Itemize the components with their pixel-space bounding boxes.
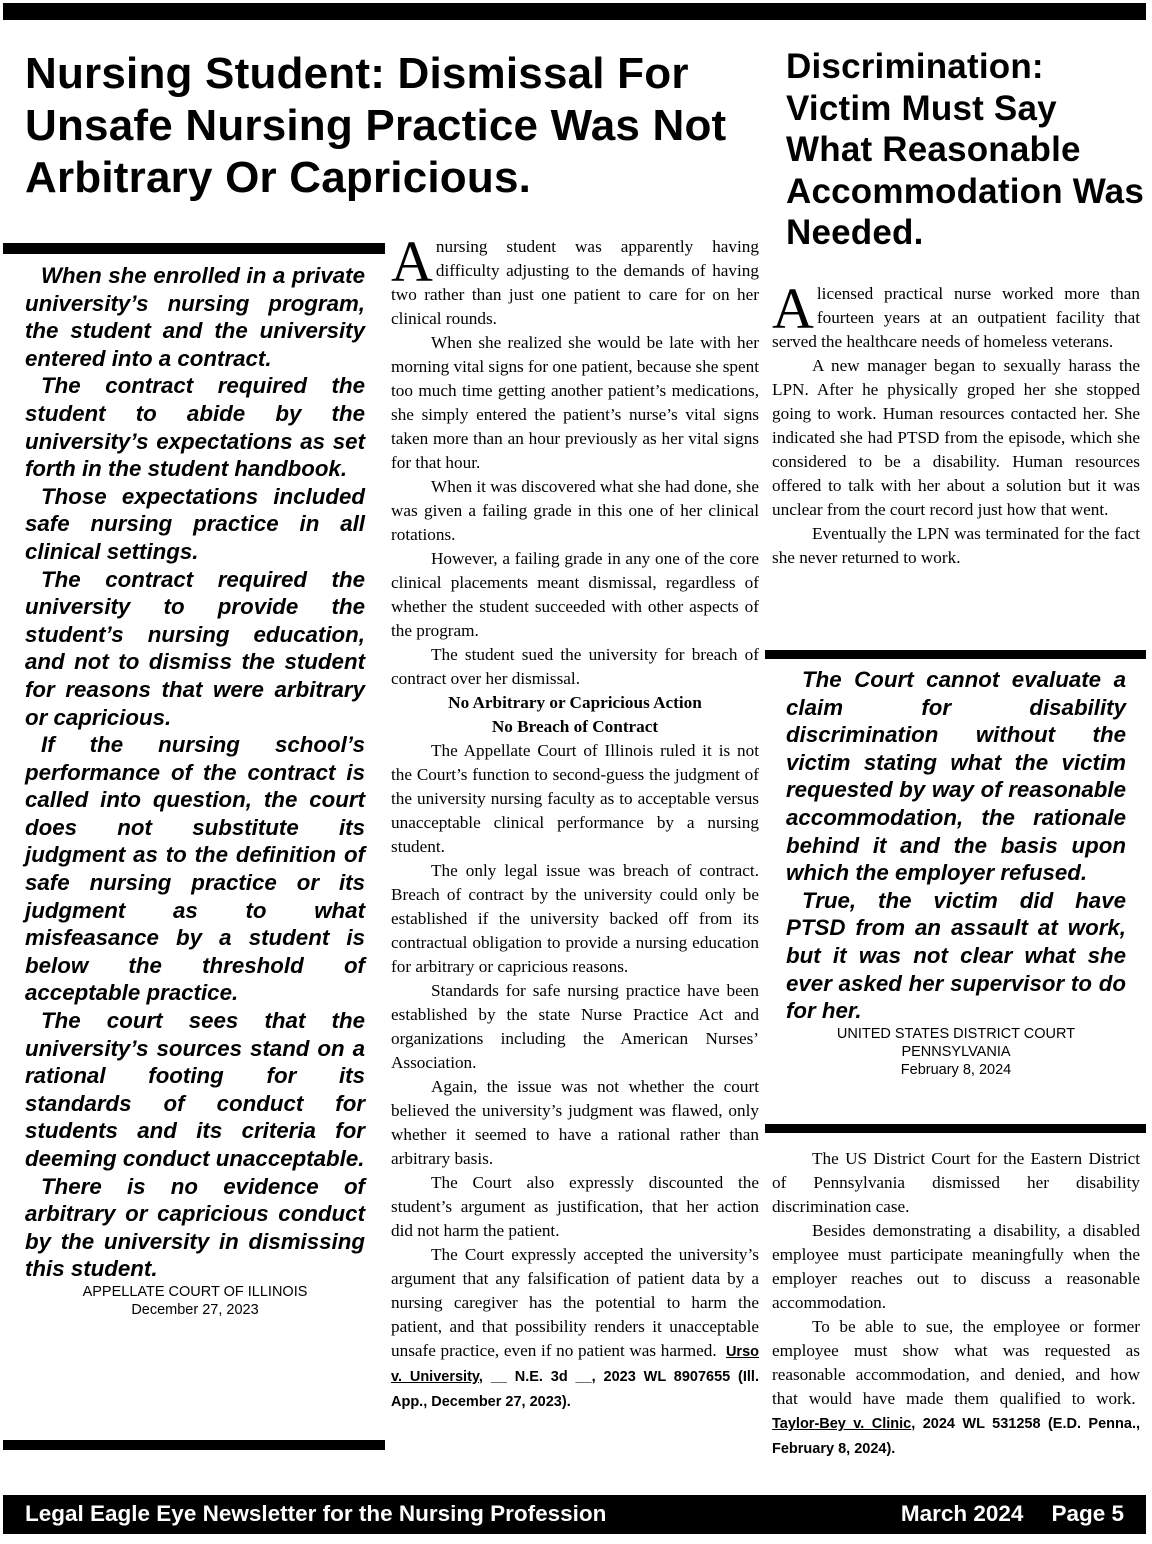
court-date: December 27, 2023 <box>25 1301 365 1319</box>
left-pull-quote: When she enrolled in a private universit… <box>25 262 365 1319</box>
issue-info: March 2024Page 5 <box>901 1501 1124 1527</box>
pull-quote-paragraph: Those expectations included safe nursing… <box>25 483 365 566</box>
article-paragraph: Besides demonstrating a disability, a di… <box>772 1219 1140 1315</box>
right-article-body-bottom: The US District Court for the Eastern Di… <box>772 1147 1140 1461</box>
article-paragraph: Standards for safe nursing practice have… <box>391 979 759 1075</box>
pull-quote-paragraph: When she enrolled in a private universit… <box>25 262 365 372</box>
article-paragraph: A new manager began to sexually harass t… <box>772 354 1140 522</box>
case-citation: Taylor-Bey v. Clinic, 2024 WL 531258 (E.… <box>772 1416 1140 1457</box>
right-article-body-top: Alicensed practical nurse worked more th… <box>772 282 1140 570</box>
article-paragraph: Eventually the LPN was terminated for th… <box>772 522 1140 570</box>
case-name: Taylor-Bey v. Clinic <box>772 1416 911 1432</box>
left-pull-quote-bottom-rule <box>3 1440 385 1450</box>
pull-quote-paragraph: The court sees that the university’s sou… <box>25 1007 365 1173</box>
right-article-headline: Discrimination: Victim Must Say What Rea… <box>786 46 1146 254</box>
left-article-body: Anursing student was apparently having d… <box>391 235 759 1414</box>
article-paragraph: However, a failing grade in any one of t… <box>391 547 759 643</box>
top-rule <box>3 3 1146 20</box>
article-paragraph: Again, the issue was not whether the cou… <box>391 1075 759 1171</box>
drop-cap: A <box>772 282 814 331</box>
page-footer: Legal Eagle Eye Newsletter for the Nursi… <box>3 1495 1146 1534</box>
article-paragraph: To be able to sue, the employee or forme… <box>772 1315 1140 1461</box>
article-paragraph: The only legal issue was breach of contr… <box>391 859 759 979</box>
article-paragraph: The Appellate Court of Illinois ruled it… <box>391 739 759 859</box>
right-pull-quote-top-rule <box>765 650 1146 659</box>
article-paragraph: When she realized she would be late with… <box>391 331 759 475</box>
right-pull-quote-bottom-rule <box>765 1124 1146 1133</box>
article-paragraph: The US District Court for the Eastern Di… <box>772 1147 1140 1219</box>
left-pull-quote-top-rule <box>3 243 385 254</box>
article-subhead: No Arbitrary or Capricious ActionNo Brea… <box>391 691 759 739</box>
court-name: UNITED STATES DISTRICT COURT <box>786 1025 1126 1043</box>
article-paragraph: The student sued the university for brea… <box>391 643 759 691</box>
right-pull-quote: The Court cannot evaluate a claim for di… <box>786 666 1126 1079</box>
pull-quote-paragraph: The contract required the university to … <box>25 566 365 732</box>
article-paragraph: When it was discovered what she had done… <box>391 475 759 547</box>
left-article-headline: Nursing Student: Dismissal For Unsafe Nu… <box>25 48 765 204</box>
article-lead-paragraph: Alicensed practical nurse worked more th… <box>772 282 1140 354</box>
page-number: Page 5 <box>1051 1501 1124 1526</box>
court-location: PENNSYLVANIA <box>786 1043 1126 1061</box>
court-date: February 8, 2024 <box>786 1061 1126 1079</box>
pull-quote-paragraph: The contract required the student to abi… <box>25 372 365 482</box>
court-credit: UNITED STATES DISTRICT COURT PENNSYLVANI… <box>786 1025 1126 1079</box>
pull-quote-paragraph: There is no evidence of arbitrary or cap… <box>25 1173 365 1283</box>
issue-date: March 2024 <box>901 1501 1024 1526</box>
article-lead-paragraph: Anursing student was apparently having d… <box>391 235 759 331</box>
drop-cap: A <box>391 235 433 284</box>
pull-quote-paragraph: The Court cannot evaluate a claim for di… <box>786 666 1126 887</box>
pull-quote-paragraph: If the nursing school’s performance of t… <box>25 731 365 1007</box>
article-paragraph: The Court expressly accepted the univers… <box>391 1243 759 1414</box>
publication-name: Legal Eagle Eye Newsletter for the Nursi… <box>25 1501 606 1527</box>
article-paragraph: The Court also expressly discounted the … <box>391 1171 759 1243</box>
court-name: APPELLATE COURT OF ILLINOIS <box>25 1283 365 1301</box>
court-credit: APPELLATE COURT OF ILLINOIS December 27,… <box>25 1283 365 1319</box>
pull-quote-paragraph: True, the victim did have PTSD from an a… <box>786 887 1126 1025</box>
